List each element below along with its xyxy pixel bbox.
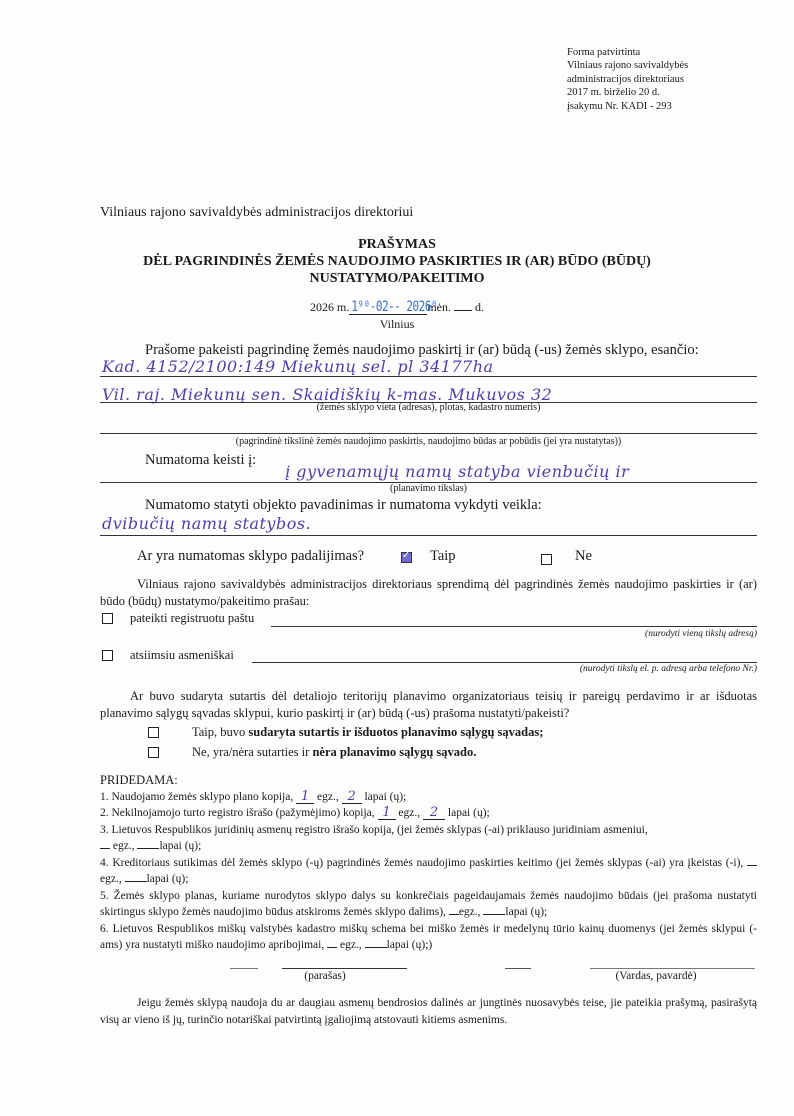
attachment-item-2: 2. Nekilnojamojo turto registro išrašo (…: [100, 805, 757, 822]
name-field[interactable]: [590, 968, 755, 969]
attachment-item-3: 3. Lietuvos Respublikos juridinių asmenų…: [100, 822, 757, 855]
form-approval-note: Forma patvirtinta Vilniaus rajono saviva…: [567, 46, 688, 113]
registration-stamp: 1⁹⁰-02-- 2026⁰: [351, 298, 437, 314]
attachment-6-pages[interactable]: [365, 937, 387, 948]
contract-question: Ar buvo sudaryta sutartis dėl detaliojo …: [100, 688, 757, 722]
location-field-line-1: [100, 376, 757, 377]
delivery-mail-note: (nurodyti vieną tikslų adresą): [100, 629, 757, 639]
attachment-4-copies-label: egz.,: [100, 873, 125, 885]
change-to-handwritten[interactable]: į gyvenamųjų namų statyba vienbučių ir: [285, 462, 629, 481]
attachment-2-pages[interactable]: 2: [423, 807, 445, 820]
delivery-personal-checkbox[interactable]: [102, 650, 113, 661]
contract-no-label: Ne, yra/nėra sutarties ir nėra planavimo…: [192, 745, 476, 760]
approval-line: Forma patvirtinta: [567, 46, 688, 59]
city: Vilnius: [0, 317, 794, 332]
delivery-personal-label: atsiimsiu asmeniškai: [130, 648, 234, 663]
date-day-field[interactable]: [454, 300, 472, 311]
change-to-label: Numatoma keisti į:: [145, 452, 256, 469]
current-purpose-caption: (pagrindinė tikslinė žemės naudojimo pas…: [100, 436, 757, 447]
attachment-item-1: 1. Naudojamo žemės sklypo plano kopija, …: [100, 789, 757, 806]
attachment-3-copies-label: egz.,: [110, 840, 137, 852]
object-field-line: [100, 535, 757, 536]
attachment-5-text: 5. Žemės sklypo planas, kuriame nurodyto…: [100, 890, 757, 919]
contract-no-bold: nėra planavimo sąlygų sąvado.: [312, 745, 476, 759]
contract-yes-bold: sudaryta sutartis ir išduotos planavimo …: [248, 725, 543, 739]
year-label: 2026 m.: [310, 300, 349, 314]
day-label: d.: [475, 300, 484, 314]
delivery-mail-label: pateikti registruotu paštu: [130, 611, 254, 626]
date-line: 2026 m.1⁹⁰-02-- 2026⁰mėn. d.: [0, 300, 794, 315]
contract-no-checkbox[interactable]: [148, 747, 159, 758]
attachment-5-copies[interactable]: [449, 904, 459, 915]
signature-field[interactable]: [282, 968, 407, 969]
object-handwritten[interactable]: dvibučių namų statybos.: [102, 514, 311, 533]
division-no-checkbox[interactable]: [541, 554, 552, 565]
delivery-mail-field[interactable]: [271, 626, 757, 627]
attachment-6-pages-label: lapai (ų);): [387, 939, 433, 951]
delivery-mail-checkbox[interactable]: [102, 613, 113, 624]
document-subtitle: DĖL PAGRINDINĖS ŽEMĖS NAUDOJIMO PASKIRTI…: [0, 253, 794, 270]
attachment-4-text: 4. Kreditoriaus sutikimas dėl žemės skly…: [100, 857, 747, 869]
attachment-4-pages[interactable]: [125, 871, 147, 882]
delivery-personal-field[interactable]: [252, 662, 757, 663]
attachments-section: PRIDEDAMA: 1. Naudojamo žemės sklypo pla…: [100, 772, 757, 954]
current-purpose-field[interactable]: [100, 433, 757, 434]
contract-yes-text: Taip, buvo: [192, 725, 248, 739]
approval-line: administracijos direktoriaus: [567, 73, 688, 86]
attachment-2-copies[interactable]: 1: [378, 807, 396, 820]
attachment-3-pages[interactable]: [137, 838, 159, 849]
attachment-5-pages-label: lapai (ų);: [505, 906, 547, 918]
attachment-3-copies[interactable]: [100, 838, 110, 849]
attachment-2-pages-label: lapai (ų);: [445, 807, 490, 819]
attachment-4-copies[interactable]: [747, 855, 757, 866]
planning-goal-caption: (planavimo tikslas): [100, 483, 757, 494]
location-handwritten-1[interactable]: Kad. 4152/2100:149 Miekunų sel. pl 34177…: [102, 357, 494, 376]
document-subtitle-2: NUSTATYMO/PAKEITIMO: [0, 270, 794, 287]
contract-no-text: Ne, yra/nėra sutarties ir: [192, 745, 312, 759]
contract-yes-label: Taip, buvo sudaryta sutartis ir išduotos…: [192, 725, 543, 740]
delivery-intro: Vilniaus rajono savivaldybės administrac…: [100, 576, 757, 610]
object-label: Numatomo statyti objekto pavadinimas ir …: [145, 497, 542, 514]
attachment-3-pages-label: lapai (ų);: [159, 840, 201, 852]
attachment-item-6: 6. Lietuvos Respublikos miškų valstybės …: [100, 921, 757, 954]
attachment-1-copies-label: egz.,: [314, 791, 341, 803]
attachment-1-copies[interactable]: 1: [296, 791, 314, 804]
attachment-6-copies[interactable]: [327, 937, 337, 948]
attachment-1-text: 1. Naudojamo žemės sklypo plano kopija,: [100, 791, 296, 803]
approval-line: įsakymu Nr. KADI - 293: [567, 100, 688, 113]
name-date-line: [505, 968, 531, 969]
attachment-1-pages[interactable]: 2: [342, 791, 362, 804]
signature-date-line: [230, 968, 258, 969]
location-caption: (žemės sklypo vieta (adresas), plotas, k…: [100, 402, 757, 413]
contract-yes-checkbox[interactable]: [148, 727, 159, 738]
division-yes-label: Taip: [430, 548, 456, 565]
division-question: Ar yra numatomas sklypo padalijimas?: [137, 548, 364, 565]
attachment-5-copies-label: egz.,: [459, 906, 484, 918]
footnote: Jeigu žemės sklypą naudoja du ar daugiau…: [100, 995, 757, 1029]
document-title: PRAŠYMAS: [0, 236, 794, 253]
division-no-label: Ne: [575, 548, 592, 565]
approval-line: Vilniaus rajono savivaldybės: [567, 59, 688, 72]
attachment-item-4: 4. Kreditoriaus sutikimas dėl žemės skly…: [100, 855, 757, 888]
date-month-field[interactable]: 1⁹⁰-02-- 2026⁰: [349, 301, 427, 315]
attachment-3-text: 3. Lietuvos Respublikos juridinių asmenų…: [100, 824, 648, 836]
attachment-2-copies-label: egz.,: [396, 807, 423, 819]
attachment-2-text: 2. Nekilnojamojo turto registro išrašo (…: [100, 807, 378, 819]
attachment-6-copies-label: egz.,: [337, 939, 364, 951]
signature-caption: (parašas): [282, 970, 368, 982]
addressee: Vilniaus rajono savivaldybės administrac…: [100, 205, 413, 221]
approval-line: 2017 m. birželio 20 d.: [567, 86, 688, 99]
attachment-4-pages-label: lapai (ų);: [147, 873, 189, 885]
division-yes-checkbox[interactable]: [401, 552, 412, 563]
delivery-personal-note: (nurodyti tikslų el. p. adresą arba tele…: [100, 664, 757, 674]
attachment-1-pages-label: lapai (ų);: [362, 791, 407, 803]
name-caption: (Vardas, pavardė): [590, 970, 722, 982]
attachments-heading: PRIDEDAMA:: [100, 772, 757, 789]
attachment-5-pages[interactable]: [483, 904, 505, 915]
attachment-item-5: 5. Žemės sklypo planas, kuriame nurodyto…: [100, 888, 757, 921]
